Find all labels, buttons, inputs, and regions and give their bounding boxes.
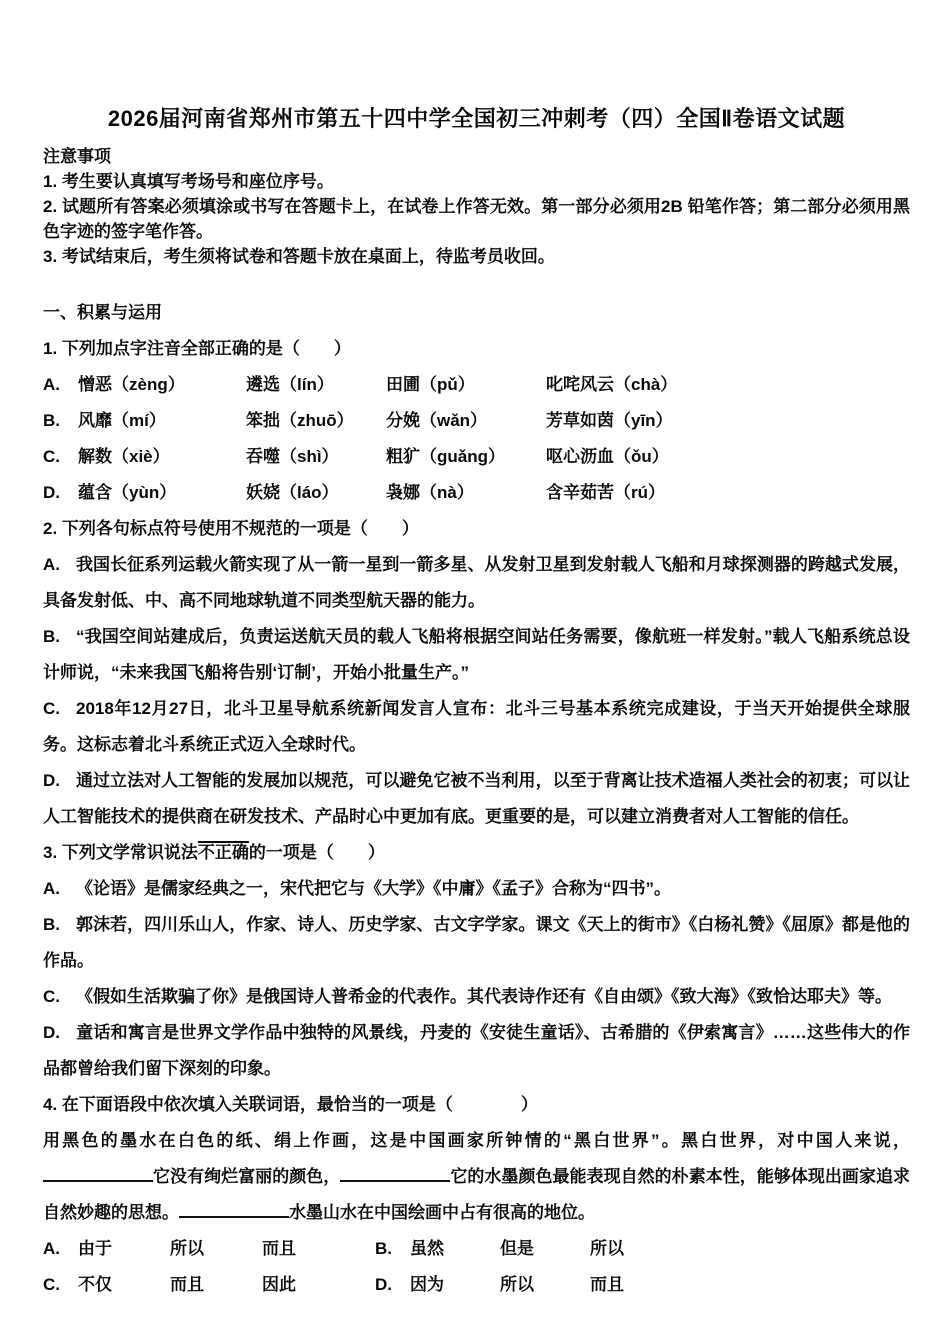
option-word: 因此 [262, 1267, 375, 1303]
notice-item-2: 2. 试题所有答案必须填涂或书写在答题卡上，在试卷上作答无效。第一部分必须用2B… [43, 194, 910, 244]
option-item: 芳草如茵（yīn） [546, 403, 910, 439]
option-label: B. [375, 1231, 410, 1267]
option-text: 我国长征系列运载火箭实现了从一箭一星到一箭多星、从发射卫星到发射载人飞船和月球探… [43, 555, 910, 610]
option-item: 吞噬（shì） [246, 439, 386, 475]
option-word: 因为 [410, 1267, 500, 1303]
exam-body: 一、积累与运用 1. 下列加点字注音全部正确的是（ ） A. 憎恶（zèng） … [43, 295, 910, 1303]
fill-in-blank [340, 1180, 450, 1182]
option-word: 所以 [170, 1231, 262, 1267]
option-label: B. [43, 907, 76, 943]
question-1-option-c: C. 解数（xiè） 吞噬（shì） 粗犷（guǎng） 呕心沥血（ǒu） [43, 439, 910, 475]
option-label: D. [43, 475, 78, 511]
question-3-option-d: D.童话和寓言是世界文学作品中独特的风景线，丹麦的《安徒生童话》、古希腊的《伊索… [43, 1015, 910, 1087]
option-text: “我国空间站建成后，负责运送航天员的载人飞船将根据空间站任务需要，像航班一样发射… [43, 627, 910, 682]
option-item: 呕心沥血（ǒu） [546, 439, 910, 475]
question-1-option-d: D. 蕴含（yùn） 妖娆（láo） 袅娜（nà） 含辛茹苦（rú） [43, 475, 910, 511]
option-label: D. [43, 1015, 76, 1051]
option-label: C. [43, 439, 78, 475]
option-text: 通过立法对人工智能的发展加以规范，可以避免它被不当利用，以至于背离让技术造福人类… [43, 771, 910, 826]
option-word: 而且 [262, 1231, 375, 1267]
option-label: B. [43, 619, 76, 655]
option-item: 袅娜（nà） [386, 475, 546, 511]
option-word: 而且 [170, 1267, 262, 1303]
option-label: B. [43, 403, 78, 439]
option-word: 而且 [590, 1267, 910, 1303]
option-label: A. [43, 547, 76, 583]
section-heading: 一、积累与运用 [43, 295, 910, 331]
stem-text: 的一项是（ ） [249, 843, 385, 862]
option-item: 憎恶（zèng） [78, 367, 246, 403]
question-4-option-row-1: A. 由于 所以 而且 B. 虽然 但是 所以 [43, 1231, 910, 1267]
option-word: 但是 [500, 1231, 590, 1267]
option-label: D. [43, 763, 76, 799]
emphasized-text: 不正确 [198, 843, 249, 862]
exam-paper-page: 2026届河南省郑州市第五十四中学全国初三冲刺考（四）全国Ⅱ卷语文试题 注意事项… [0, 0, 950, 1303]
option-word: 不仅 [78, 1267, 170, 1303]
option-word: 虽然 [410, 1231, 500, 1267]
page-title: 2026届河南省郑州市第五十四中学全国初三冲刺考（四）全国Ⅱ卷语文试题 [43, 104, 910, 134]
option-label: A. [43, 871, 76, 907]
option-item: 风靡（mí） [78, 403, 246, 439]
notice-item-3: 3. 考试结束后，考生须将试卷和答题卡放在桌面上，待监考员收回。 [43, 244, 910, 269]
question-3-option-a: A.《论语》是儒家经典之一，宋代把它与《大学》《中庸》《孟子》合称为“四书”。 [43, 871, 910, 907]
option-label: A. [43, 1231, 78, 1267]
fill-in-blank [179, 1216, 289, 1218]
option-item: 叱咤风云（chà） [546, 367, 910, 403]
question-2-option-a: A.我国长征系列运载火箭实现了从一箭一星到一箭多星、从发射卫星到发射载人飞船和月… [43, 547, 910, 619]
question-4-stem: 4. 在下面语段中依次填入关联词语，最恰当的一项是（ ） [43, 1087, 910, 1123]
option-item: 遴选（lín） [246, 367, 386, 403]
option-text: 童话和寓言是世界文学作品中独特的风景线，丹麦的《安徒生童话》、古希腊的《伊索寓言… [43, 1023, 910, 1078]
stem-text: 3. 下列文学常识说法 [43, 843, 198, 862]
question-2-option-c: C.2018年12月27日，北斗卫星导航系统新闻发言人宣布：北斗三号基本系统完成… [43, 691, 910, 763]
option-word: 所以 [500, 1267, 590, 1303]
option-text: 郭沫若，四川乐山人，作家、诗人、历史学家、古文字学家。课文《天上的街市》《白杨礼… [43, 915, 910, 970]
passage-text: 它没有绚烂富丽的颜色， [153, 1167, 340, 1186]
option-item: 分娩（wǎn） [386, 403, 546, 439]
option-label: A. [43, 367, 78, 403]
question-1-stem: 1. 下列加点字注音全部正确的是（ ） [43, 331, 910, 367]
notice-item-1: 1. 考生要认真填写考场号和座位序号。 [43, 169, 910, 194]
option-text: 《假如生活欺骗了你》是俄国诗人普希金的代表作。其代表诗作还有《自由颂》《致大海》… [76, 987, 892, 1006]
notice-section: 注意事项 1. 考生要认真填写考场号和座位序号。 2. 试题所有答案必须填涂或书… [43, 144, 910, 269]
question-1-option-b: B. 风靡（mí） 笨拙（zhuō） 分娩（wǎn） 芳草如茵（yīn） [43, 403, 910, 439]
option-item: 解数（xiè） [78, 439, 246, 475]
option-word: 由于 [78, 1231, 170, 1267]
option-item: 蕴含（yùn） [78, 475, 246, 511]
option-label: C. [43, 979, 76, 1015]
option-label: D. [375, 1267, 410, 1303]
notice-heading: 注意事项 [43, 144, 910, 169]
question-3-option-c: C.《假如生活欺骗了你》是俄国诗人普希金的代表作。其代表诗作还有《自由颂》《致大… [43, 979, 910, 1015]
option-item: 妖娆（láo） [246, 475, 386, 511]
fill-in-blank [43, 1180, 153, 1182]
question-2-option-b: B.“我国空间站建成后，负责运送航天员的载人飞船将根据空间站任务需要，像航班一样… [43, 619, 910, 691]
question-2-option-d: D.通过立法对人工智能的发展加以规范，可以避免它被不当利用，以至于背离让技术造福… [43, 763, 910, 835]
passage-text: 水墨山水在中国绘画中占有很高的地位。 [289, 1203, 595, 1222]
question-4-passage: 用黑色的墨水在白色的纸、绢上作画，这是中国画家所钟情的“黑白世界”。黑白世界，对… [43, 1123, 910, 1231]
option-item: 含辛茹苦（rú） [546, 475, 910, 511]
option-text: 2018年12月27日，北斗卫星导航系统新闻发言人宣布：北斗三号基本系统完成建设… [43, 699, 910, 754]
option-label: C. [43, 691, 76, 727]
question-4-option-row-2: C. 不仅 而且 因此 D. 因为 所以 而且 [43, 1267, 910, 1303]
option-label: C. [43, 1267, 78, 1303]
option-item: 田圃（pǔ） [386, 367, 546, 403]
option-word: 所以 [590, 1231, 910, 1267]
option-item: 笨拙（zhuō） [246, 403, 386, 439]
option-item: 粗犷（guǎng） [386, 439, 546, 475]
question-3-stem: 3. 下列文学常识说法不正确的一项是（ ） [43, 835, 910, 871]
option-text: 《论语》是儒家经典之一，宋代把它与《大学》《中庸》《孟子》合称为“四书”。 [76, 879, 671, 898]
passage-text: 用黑色的墨水在白色的纸、绢上作画，这是中国画家所钟情的“黑白世界”。黑白世界，对… [43, 1131, 910, 1150]
question-3-option-b: B.郭沫若，四川乐山人，作家、诗人、历史学家、古文字学家。课文《天上的街市》《白… [43, 907, 910, 979]
question-2-stem: 2. 下列各句标点符号使用不规范的一项是（ ） [43, 511, 910, 547]
question-1-option-a: A. 憎恶（zèng） 遴选（lín） 田圃（pǔ） 叱咤风云（chà） [43, 367, 910, 403]
